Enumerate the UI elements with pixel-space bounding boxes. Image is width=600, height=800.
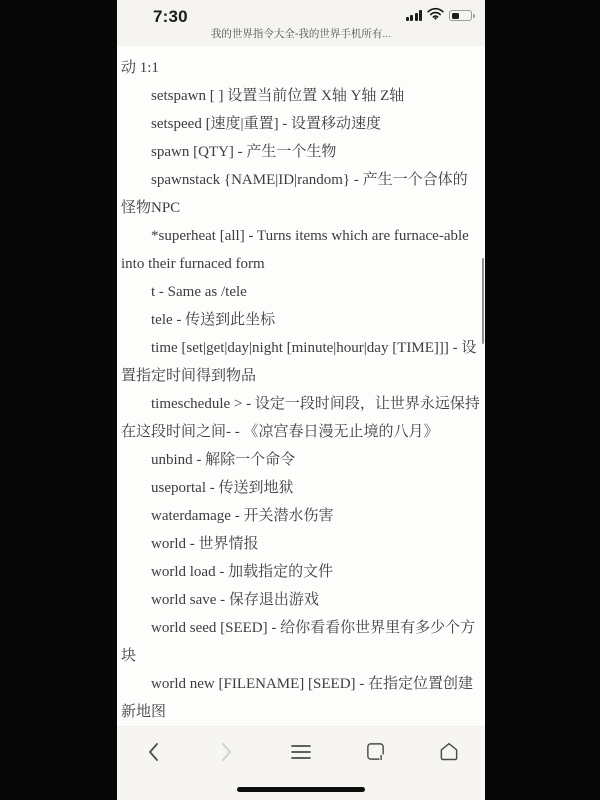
command-line: unbind - 解除一个命令 [121,446,480,474]
status-icons [406,9,473,22]
command-line: setspeed [速度|重置] - 设置移动速度 [121,110,480,138]
command-line: t - Same as /tele [121,278,480,306]
command-line: tele - 传送到此坐标 [121,306,480,334]
webpage-content: 动 1:1 setspawn [ ] 设置当前位置 X轴 Y轴 Z轴 setsp… [117,46,485,727]
command-line: useportal - 传送到地狱 [121,474,480,502]
home-button[interactable] [435,739,463,767]
home-indicator[interactable] [237,787,365,792]
status-bar-header: 7:30 我的世界指令大全-我的世界手机所有... [117,0,485,46]
command-line: world - 世界情报 [121,530,480,558]
menu-button[interactable] [287,739,315,767]
page-title: 我的世界指令大全-我的世界手机所有... [127,26,475,41]
back-chevron-icon [147,742,159,765]
command-line: *superheat [all] - Turns items which are… [121,222,480,278]
tabs-icon [365,741,386,765]
command-line: timeschedule > - 设定一段时间段，让世界永远保持在这段时间之间-… [121,390,480,446]
menu-icon [290,744,312,763]
command-line: 动 1:1 [121,54,480,82]
clock-time: 7:30 [153,7,188,27]
command-line: setspawn [ ] 设置当前位置 X轴 Y轴 Z轴 [121,82,480,110]
command-line: world seed [SEED] - 给你看看你世界里有多少个方块 [121,614,480,670]
forward-chevron-icon [221,742,233,765]
command-line: world save - 保存退出游戏 [121,586,480,614]
browser-toolbar [117,727,485,800]
wifi-icon [427,7,444,25]
forward-button[interactable] [213,739,241,767]
command-line: world load - 加载指定的文件 [121,558,480,586]
home-icon [437,741,461,765]
command-line: spawnstack {NAME|ID|random} - 产生一个合体的怪物N… [121,166,480,222]
command-line: spawn [QTY] - 产生一个生物 [121,138,480,166]
battery-icon [449,10,472,21]
back-button[interactable] [139,739,167,767]
command-line: world new [FILENAME] [SEED] - 在指定位置创建新地图 [121,670,480,726]
command-line: waterdamage - 开关潜水伤害 [121,502,480,530]
command-line: time [set|get|day|night [minute|hour|day… [121,334,480,390]
tabs-button[interactable] [361,739,389,767]
scrollbar[interactable] [482,258,485,344]
signal-icon [406,10,423,21]
phone-screen: 7:30 我的世界指令大全-我的世界手机所有... 动 1:1 setspawn… [117,0,485,800]
